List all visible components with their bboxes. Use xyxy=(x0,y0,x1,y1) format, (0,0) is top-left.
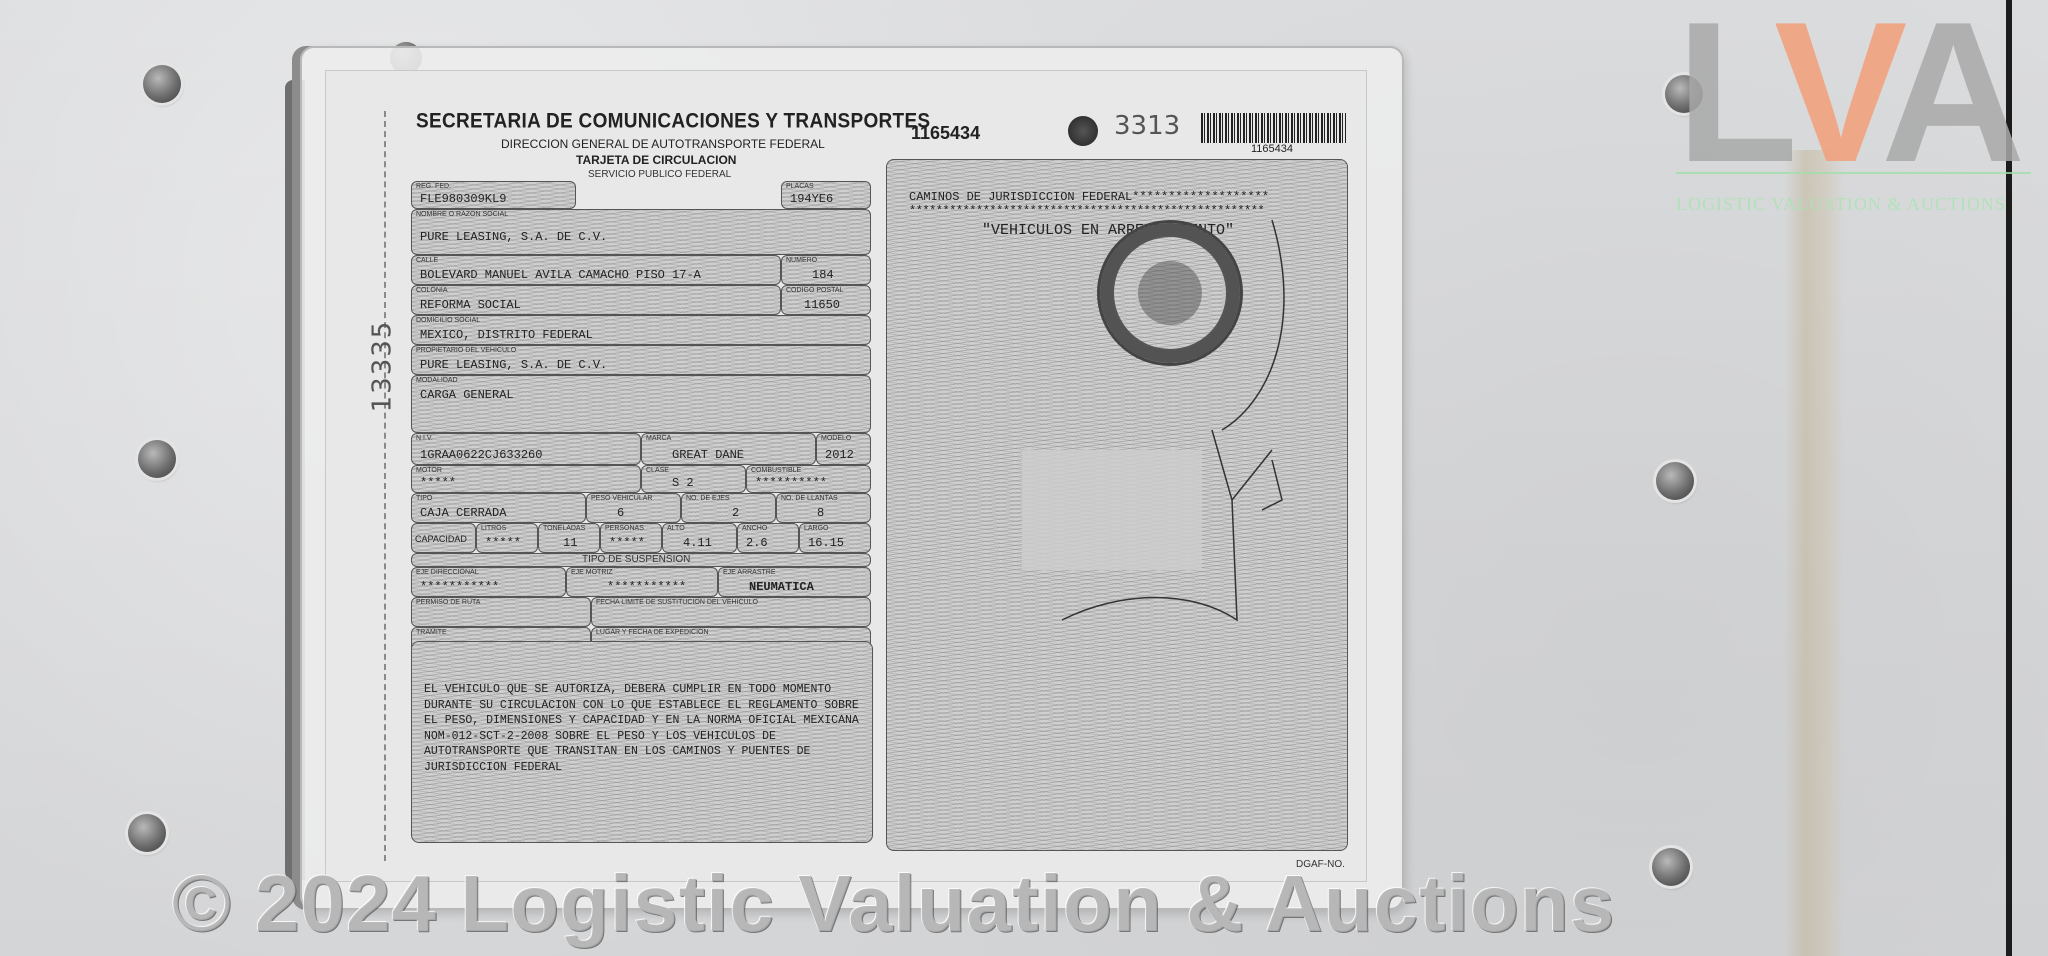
suspension-header: TIPO DE SUSPENSION xyxy=(411,553,871,567)
field-toneladas: TONELADAS 11 xyxy=(538,523,600,553)
field-numero: NUMERO 184 xyxy=(781,255,871,285)
field-eje-motriz: EJE MOTRIZ *********** xyxy=(566,567,718,597)
field-alto: ALTO 4.11 xyxy=(662,523,737,553)
field-domicilio-social: DOMICILIO SOCIAL MEXICO, DISTRITO FEDERA… xyxy=(411,315,871,345)
handwritten-number: 3313 xyxy=(1114,111,1180,141)
field-personas: PERSONAS ***** xyxy=(600,523,662,553)
field-clase: CLASE S 2 xyxy=(641,465,746,493)
field-tipo: TIPO CAJA CERRADA xyxy=(411,493,586,523)
field-no-llantas: No. DE LLANTAS 8 xyxy=(776,493,871,523)
field-capacidad: CAPACIDAD xyxy=(411,523,476,553)
field-peso-vehicular: PESO VEHICULAR 6 xyxy=(586,493,681,523)
logo-divider xyxy=(1676,172,2031,174)
rivet xyxy=(1652,848,1690,886)
service-type: SERVICIO PUBLICO FEDERAL xyxy=(588,169,731,180)
logo-tagline: LOGISTIC VALUATION & AUCTIONS xyxy=(1676,194,2031,215)
field-codigo-postal: CODIGO POSTAL 11650 xyxy=(781,285,871,315)
field-colonia: COLONIA REFORMA SOCIAL xyxy=(411,285,781,315)
field-reg-fed: REG. FED. FLE980309KL9 xyxy=(411,181,576,209)
rust-streak xyxy=(1785,150,1845,956)
rivet xyxy=(143,65,181,103)
agency-title: SECRETARIA DE COMUNICACIONES Y TRANSPORT… xyxy=(416,110,930,134)
field-litros: LITROS ***** xyxy=(476,523,538,553)
folio-number: 1165434 xyxy=(911,123,980,144)
card-margin-line xyxy=(384,111,386,861)
rivet xyxy=(128,814,166,852)
field-calle: CALLE BOLEVARD MANUEL AVILA CAMACHO PISO… xyxy=(411,255,781,285)
field-modelo: MODELO 2012 xyxy=(816,433,871,465)
field-nombre: NOMBRE O RAZON SOCIAL PURE LEASING, S.A.… xyxy=(411,209,871,255)
copyright-watermark: © 2024 Logistic Valuation & Auctions xyxy=(172,858,1615,950)
signature-icon xyxy=(972,200,1302,640)
agency-subtitle: DIRECCION GENERAL DE AUTOTRANSPORTE FEDE… xyxy=(501,137,825,151)
field-niv: N.I.V. 1GRAA0622CJ633260 xyxy=(411,433,641,465)
field-fecha-limite: FECHA LIMITE DE SUSTITUCION DEL VEHICULO xyxy=(591,597,871,627)
rivet xyxy=(138,440,176,478)
legal-notice-box: EL VEHICULO QUE SE AUTORIZA, DEBERA CUMP… xyxy=(411,641,873,843)
field-ancho: ANCHO 2.6 xyxy=(737,523,799,553)
field-largo: LARGO 16.15 xyxy=(799,523,871,553)
barcode-number: 1165434 xyxy=(1251,143,1293,155)
back-panel: CAMINOS DE JURISDICCION FEDERAL*********… xyxy=(886,159,1348,851)
field-no-ejes: No. DE EJES 2 xyxy=(681,493,776,523)
field-placas: PLACAS 194YE6 xyxy=(781,181,871,209)
field-combustible: COMBUSTIBLE ********** xyxy=(746,465,871,493)
field-permiso-ruta: PERMISO DE RUTA xyxy=(411,597,591,627)
round-seal-icon xyxy=(1068,116,1098,146)
field-eje-direccional: EJE DIRECCIONAL *********** xyxy=(411,567,566,597)
card-name: TARJETA DE CIRCULACION xyxy=(576,153,736,167)
field-propietario: PROPIETARIO DEL VEHICULO PURE LEASING, S… xyxy=(411,345,871,375)
rivet xyxy=(1656,462,1694,500)
barcode xyxy=(1201,113,1346,143)
handwritten-side-number: 13335 xyxy=(367,320,397,413)
field-modalidad: MODALIDAD CARGA GENERAL xyxy=(411,375,871,433)
legal-notice-text: EL VEHICULO QUE SE AUTORIZA, DEBERA CUMP… xyxy=(424,682,862,775)
lva-logo: L V A xyxy=(1676,10,2016,175)
circulation-card: 13335 SECRETARIA DE COMUNICACIONES Y TRA… xyxy=(325,70,1367,882)
field-motor: MOTOR ***** xyxy=(411,465,641,493)
field-marca: MARCA GREAT DANE xyxy=(641,433,816,465)
field-eje-arrastre: EJE ARRASTRE NEUMATICA xyxy=(718,567,871,597)
